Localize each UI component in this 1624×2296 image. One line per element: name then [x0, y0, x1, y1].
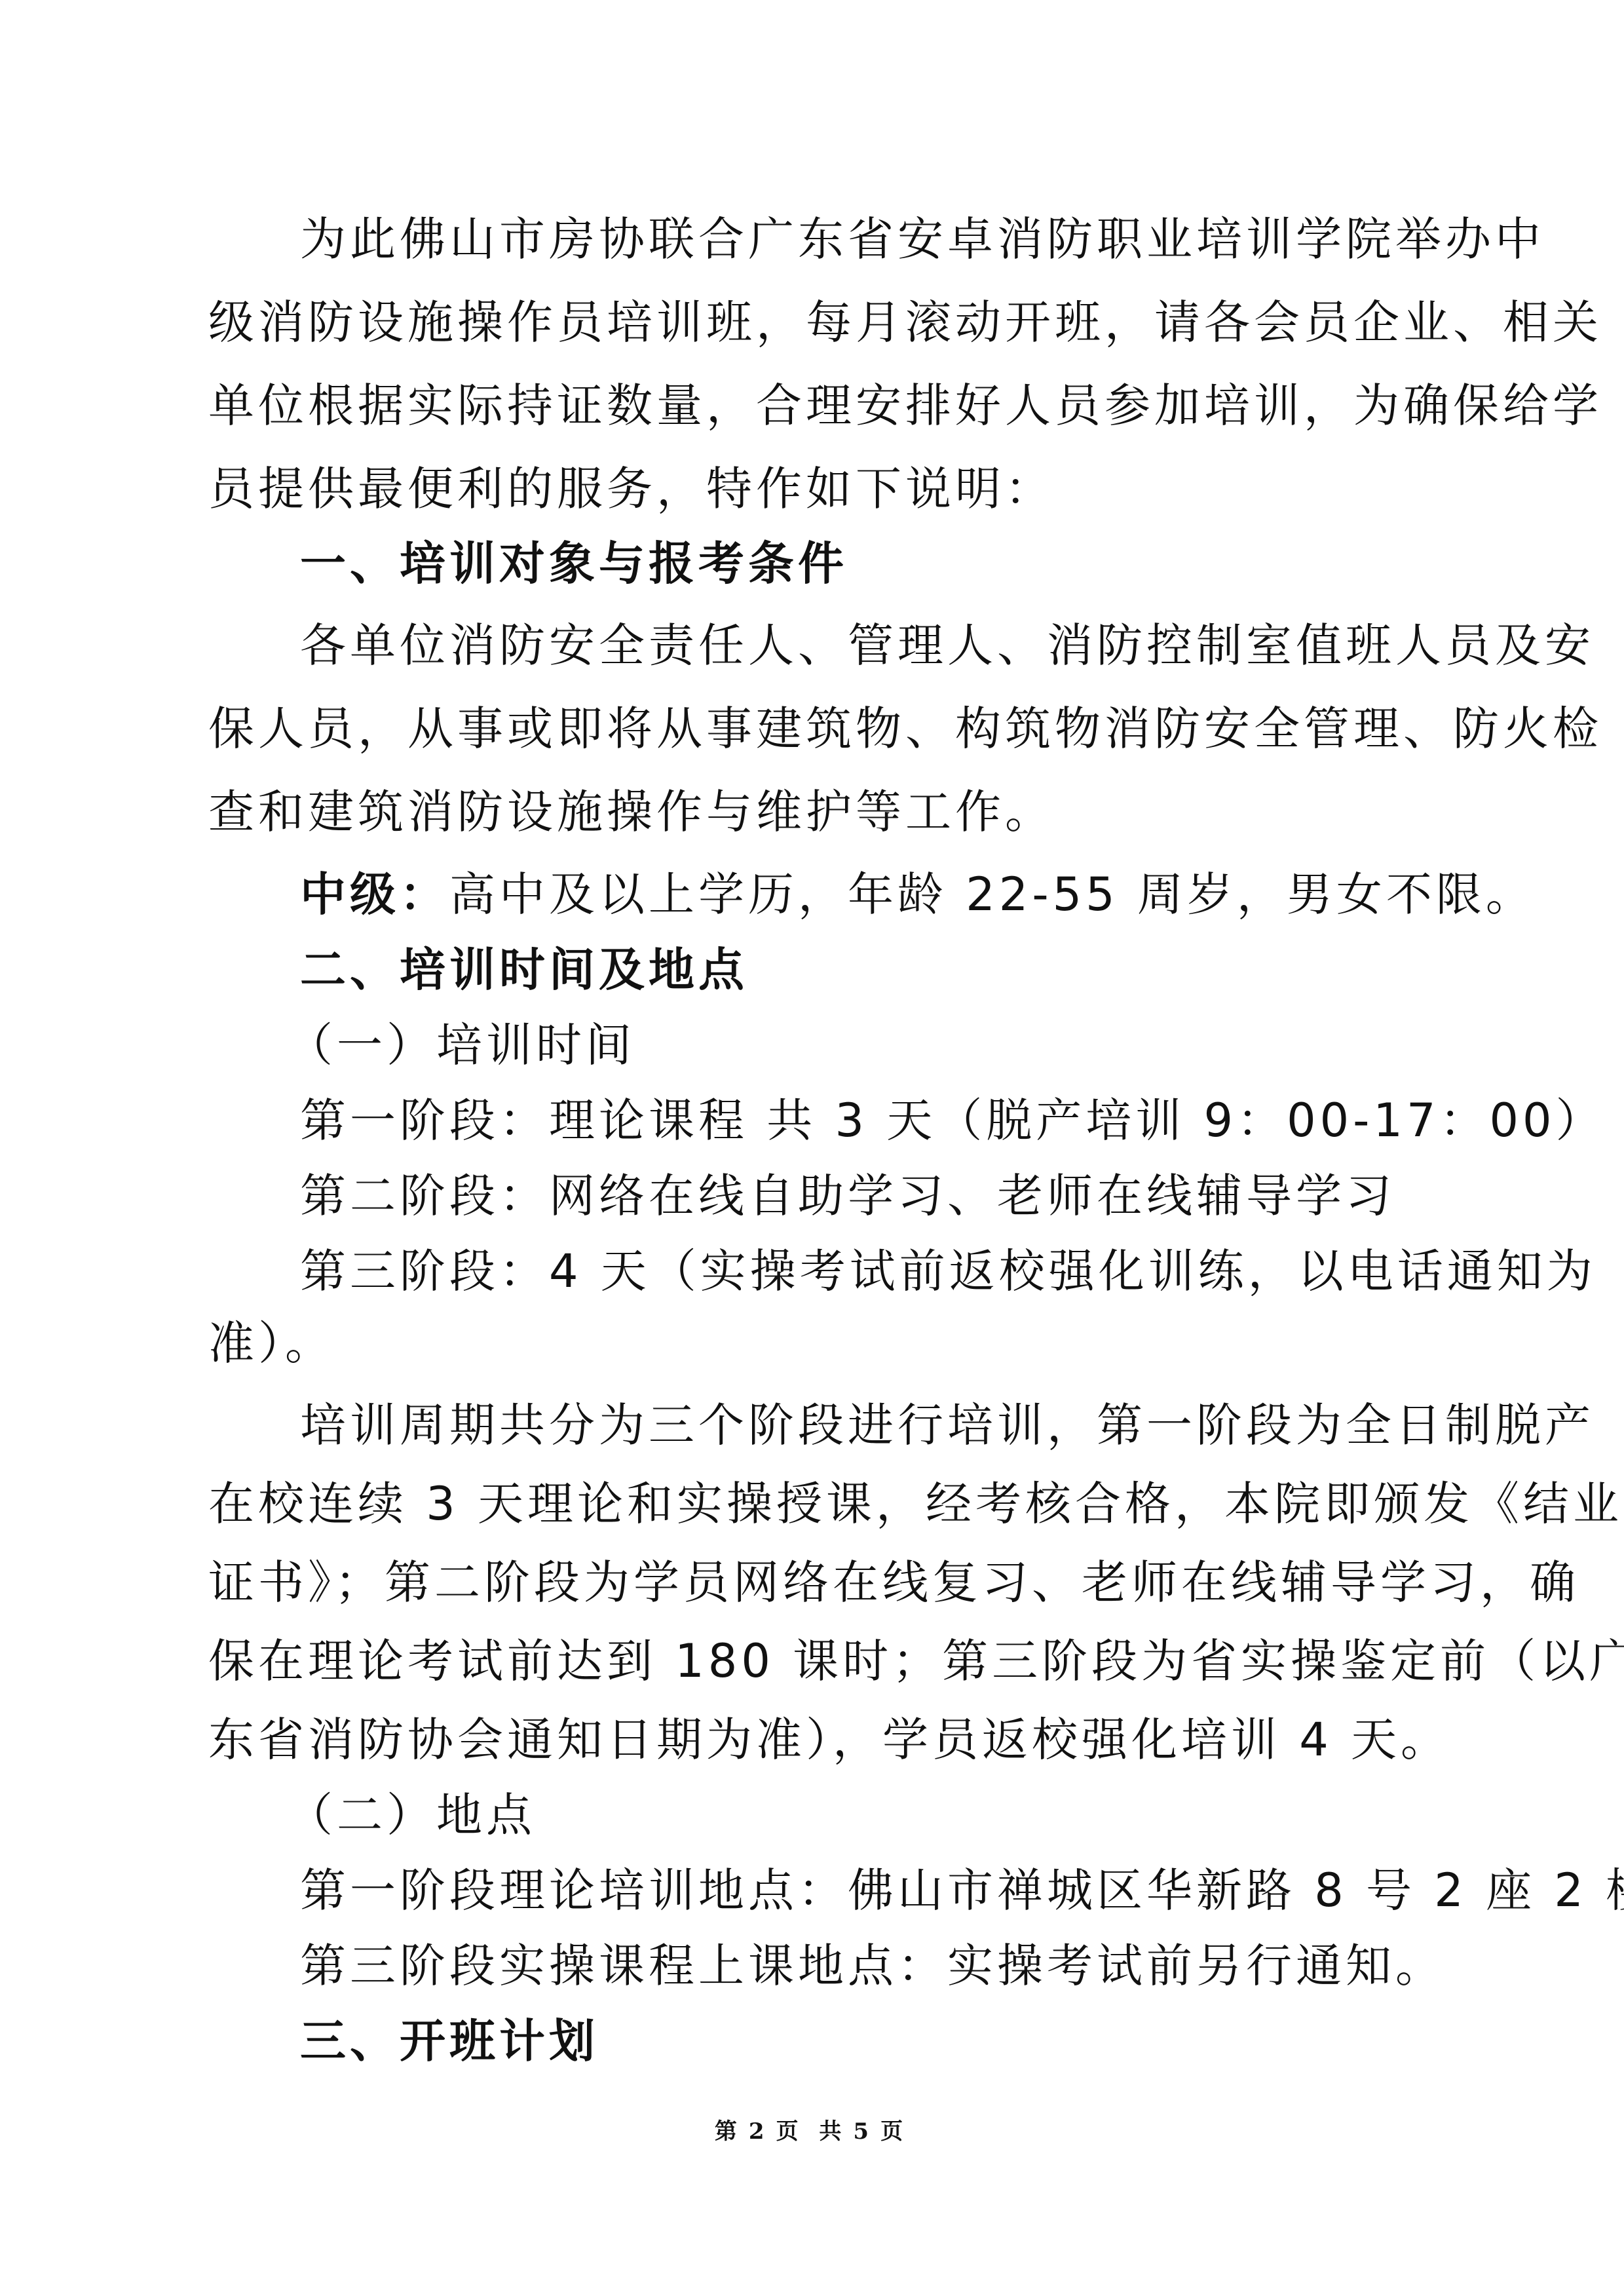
intro-line-1: 为此佛山市房协联合广东省安卓消防职业培训学院举办中: [300, 210, 1545, 269]
requirement-label: 中级：: [300, 868, 449, 921]
footer-suffix: 页: [880, 2118, 909, 2145]
section-1-line-1: 各单位消防安全责任人、管理人、消防控制室值班人员及安: [300, 616, 1595, 675]
summary-line-4: 保在理论考试前达到 180 课时；第三阶段为省实操鉴定前（以广: [208, 1632, 1624, 1691]
stage-3-line-cont: 准）。: [208, 1314, 335, 1373]
footer-mid: 页 共: [776, 2118, 848, 2145]
intro-line-2: 级消防设施操作员培训班，每月滚动开班，请各会员企业、相关: [208, 293, 1602, 352]
section-2-heading: 二、培训时间及地点: [300, 940, 748, 999]
stage-3-line: 第三阶段：4 天（实操考试前返校强化训练，以电话通知为: [300, 1242, 1596, 1301]
requirement-text: 高中及以上学历，年龄 22-55 周岁，男女不限。: [449, 868, 1536, 921]
intro-line-3: 单位根据实际持证数量，合理安排好人员参加培训，为确保给学: [208, 376, 1602, 435]
summary-line-3: 证书》；第二阶段为学员网络在线复习、老师在线辅导学习，确: [208, 1553, 1579, 1612]
total-page-count: 5: [853, 2118, 875, 2145]
subsection-2-2-heading: （二）地点: [287, 1786, 536, 1845]
section-1-heading: 一、培训对象与报考条件: [300, 534, 848, 593]
requirement-line: 中级：高中及以上学历，年龄 22-55 周岁，男女不限。: [300, 865, 1536, 924]
page-number-footer: 第2页 共5页: [0, 2113, 1624, 2145]
summary-line-2: 在校连续 3 天理论和实操授课，经考核合格，本院即颁发《结业: [208, 1474, 1623, 1533]
footer-prefix: 第: [715, 2118, 744, 2145]
section-3-heading: 三、开班计划: [300, 2012, 599, 2071]
stage-1-line: 第一阶段：理论课程 共 3 天（脱产培训 9：00-17：00）: [300, 1091, 1606, 1150]
section-1-line-2: 保人员，从事或即将从事建筑物、构筑物消防安全管理、防火检: [208, 699, 1602, 758]
section-1-line-3: 查和建筑消防设施操作与维护等工作。: [208, 782, 1055, 841]
document-page: 为此佛山市房协联合广东省安卓消防职业培训学院举办中 级消防设施操作员培训班，每月…: [0, 0, 1624, 2296]
location-line-1: 第一阶段理论培训地点：佛山市禅城区华新路 8 号 2 座 2 楼: [300, 1861, 1624, 1920]
summary-line-1: 培训周期共分为三个阶段进行培训，第一阶段为全日制脱产: [300, 1396, 1595, 1455]
location-line-2: 第三阶段实操课程上课地点：实操考试前另行通知。: [300, 1936, 1445, 1995]
stage-2-line: 第二阶段：网络在线自助学习、老师在线辅导学习: [300, 1166, 1395, 1225]
intro-line-4: 员提供最便利的服务，特作如下说明：: [208, 459, 1055, 518]
subsection-2-1-heading: （一）培训时间: [287, 1016, 635, 1075]
current-page-number: 2: [749, 2118, 771, 2145]
summary-line-5: 东省消防协会通知日期为准），学员返校强化培训 4 天。: [208, 1710, 1450, 1769]
